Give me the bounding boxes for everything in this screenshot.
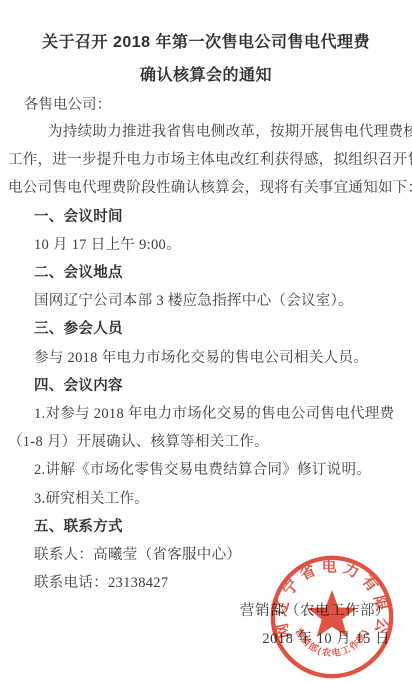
content-item-1-line1: 1.对参与 2018 年电力市场化交易的售电公司售电代理费 <box>8 400 404 428</box>
section-heading-contact: 五、联系方式 <box>8 513 404 541</box>
intro-line: 电公司售电代理费阶段性确认核算会，现将有关事宜通知如下： <box>8 174 404 202</box>
intro-line: 为持续助力推进我省售电侧改革，按期开展售电代理费核算 <box>8 118 404 146</box>
section-heading-attendees: 三、参会人员 <box>8 315 404 343</box>
notice-title-line1: 关于召开 2018 年第一次售电公司售电代理费 <box>8 26 404 59</box>
seal-bottom-text: 营销部(农电工作部) <box>293 626 370 658</box>
section-heading-meeting-place: 二、会议地点 <box>8 259 404 287</box>
attendees-value: 参与 2018 年电力市场化交易的售电公司相关人员。 <box>8 344 404 372</box>
section-heading-meeting-time: 一、会议时间 <box>8 203 404 231</box>
section-heading-meeting-content: 四、会议内容 <box>8 372 404 400</box>
notice-title-line2: 确认核算会的通知 <box>8 59 404 92</box>
meeting-time-value: 10 月 17 日上午 9:00。 <box>8 231 404 259</box>
content-item-1-line2: （1-8 月）开展确认、核算等相关工作。 <box>8 428 404 456</box>
star-icon <box>307 590 357 637</box>
intro-line: 工作，进一步提升电力市场主体电改红利获得感，拟组织召开售 <box>8 146 404 174</box>
salutation: 各售电公司： <box>8 92 404 118</box>
notice-document: 关于召开 2018 年第一次售电公司售电代理费 确认核算会的通知 各售电公司： … <box>0 0 412 681</box>
content-item-2: 2.讲解《市场化零售交易电费结算合同》修订说明。 <box>8 456 404 484</box>
meeting-place-value: 国网辽宁公司本部 3 楼应急指挥中心（会议室）。 <box>8 287 404 315</box>
official-seal: 国网辽宁省电力有限公司 营销部(农电工作部) <box>268 553 396 681</box>
content-item-3: 3.研究相关工作。 <box>8 485 404 513</box>
svg-text:营销部(农电工作部): 营销部(农电工作部) <box>293 626 370 658</box>
